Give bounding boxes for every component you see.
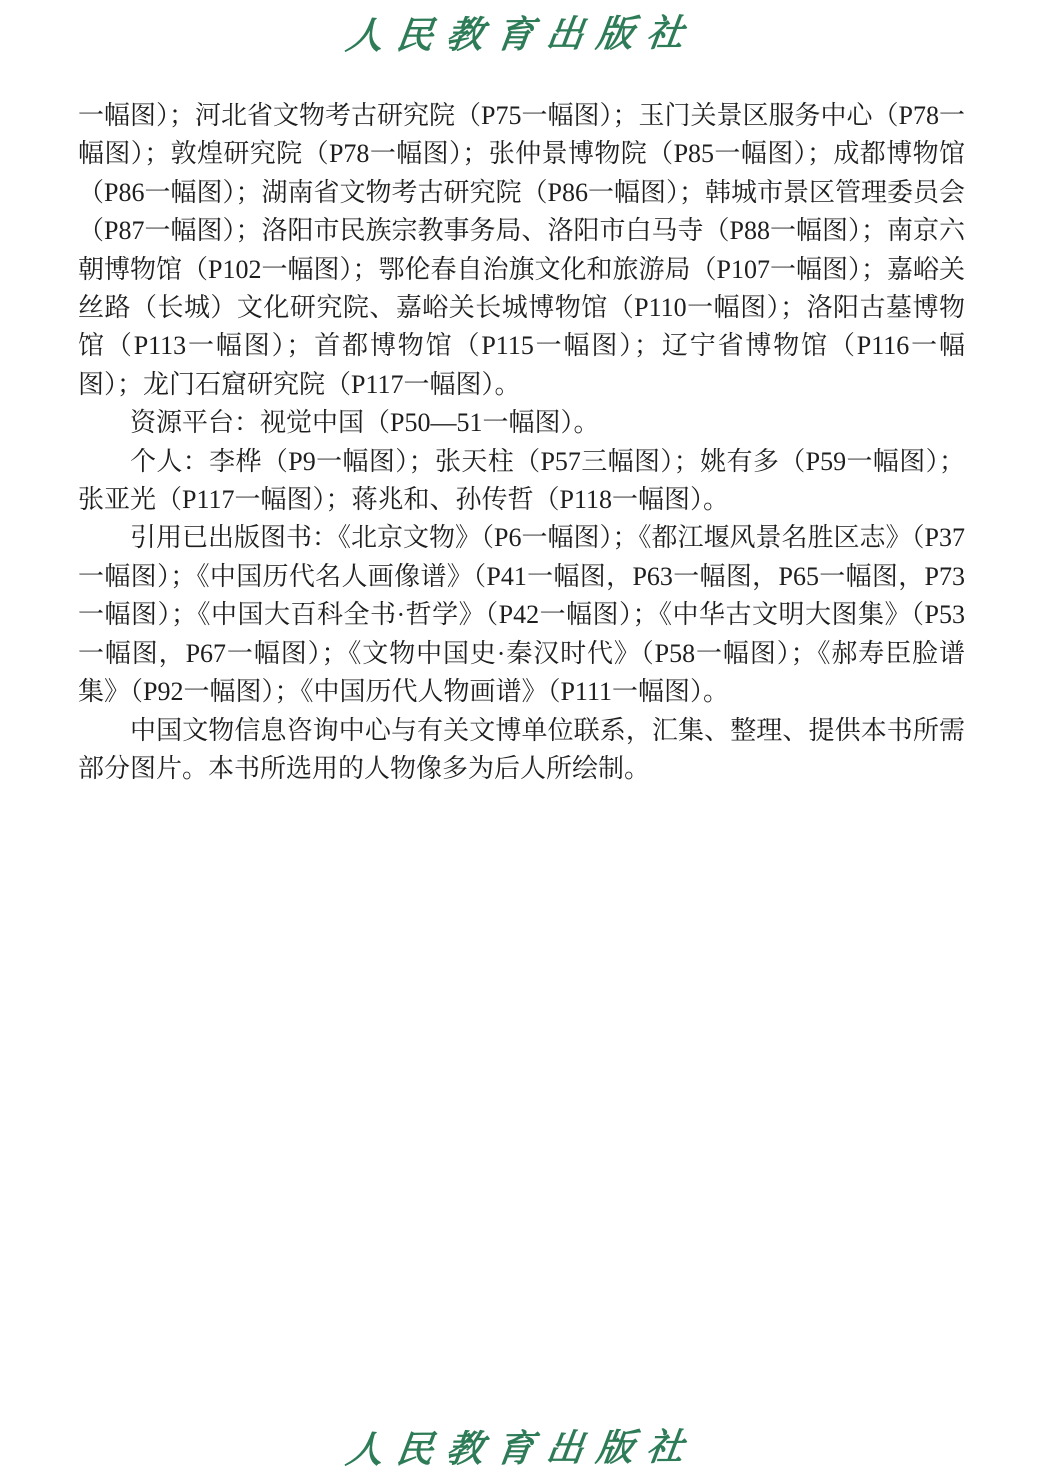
publisher-logo-top: 人民教育出版社 <box>0 4 1043 58</box>
body-paragraph-cited-books: 引用已出版图书：《北京文物》（P6一幅图）；《都江堰风景名胜区志》（P37一幅图… <box>78 519 965 711</box>
body-paragraph-resource-platform: 资源平台：视觉中国（P50—51一幅图）。 <box>78 404 965 442</box>
body-paragraph-closing-note: 中国文物信息咨询中心与有关文博单位联系，汇集、整理、提供本书所需部分图片。本书所… <box>78 712 965 789</box>
publisher-logo-bottom: 人民教育出版社 <box>0 1418 1043 1472</box>
publisher-logo-text: 人民教育出版社 <box>343 1416 701 1473</box>
body-paragraph-credits-continued: 一幅图）；河北省文物考古研究院（P75一幅图）；玉门关景区服务中心（P78一幅图… <box>78 97 965 404</box>
publisher-logo-text: 人民教育出版社 <box>343 2 701 59</box>
body-paragraph-individuals: 个人：李桦（P9一幅图）；张天柱（P57三幅图）；姚有多（P59一幅图）；张亚光… <box>78 443 965 520</box>
page-body: 一幅图）；河北省文物考古研究院（P75一幅图）；玉门关景区服务中心（P78一幅图… <box>78 97 965 788</box>
